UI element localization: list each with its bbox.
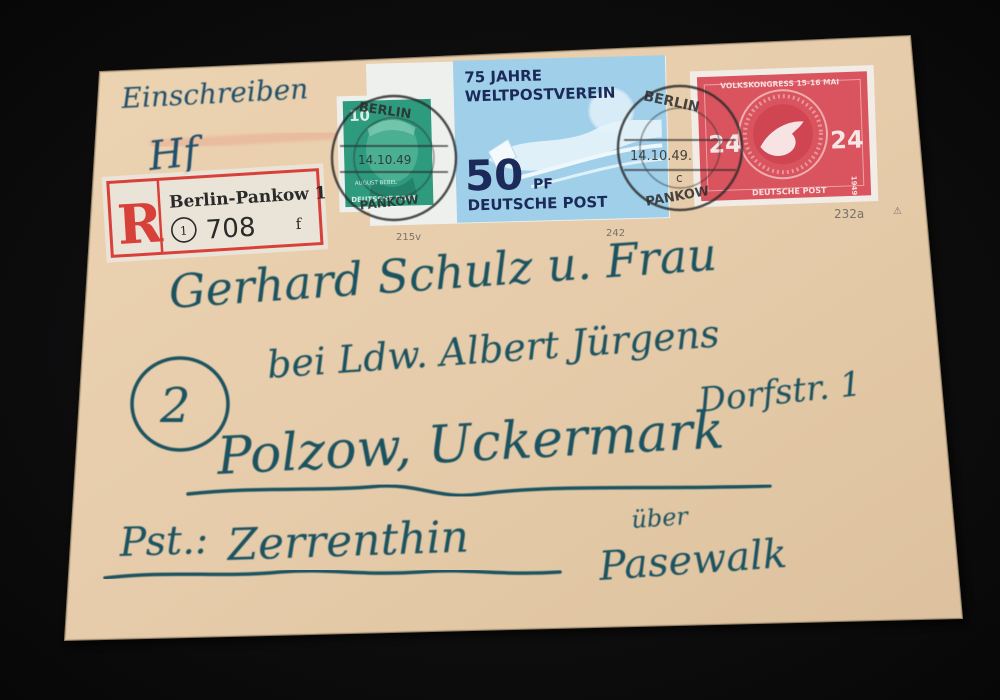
upu-stamp: 75 JAHRE WELTPOSTVEREIN 50 PF DEUTSCHE P… — [453, 55, 669, 222]
registration-label: R Berlin-Pankow 1 1 708 f — [101, 163, 330, 262]
upu-stamp-unit: PF — [533, 176, 553, 193]
upu-stamp-footer: DEUTSCHE POST — [467, 193, 608, 215]
address-line5-prefix: Pst.: — [118, 517, 209, 566]
congress-stamp-value-right: 24 — [830, 125, 864, 154]
upu-stamp-value: 50 — [464, 150, 524, 201]
address-line5-via: über — [630, 502, 690, 534]
registration-number: 708 — [205, 213, 256, 246]
pencil-mark-congress: ⚠ — [893, 206, 902, 217]
postmark-right-date: 14.10.49. — [630, 149, 692, 164]
congress-stamp-year: 1949 — [849, 176, 858, 196]
congress-stamp-value-left: 24 — [708, 130, 742, 159]
pencil-note-portrait: 215v — [396, 232, 421, 243]
address-line5-place: Zerrenthin — [225, 512, 470, 571]
registration-circle-number: 1 — [179, 224, 187, 238]
postmark-left-date: 14.10.49 — [358, 153, 411, 167]
district-number: 2 — [159, 378, 191, 434]
pencil-note-congress: 232a — [834, 207, 864, 221]
postal-cover-photo: Einschreiben Hf R Berlin-Pankow 1 1 708 … — [0, 0, 1000, 700]
postmark-right-letter: c — [676, 171, 683, 185]
registration-letter: R — [115, 190, 165, 257]
upu-stamp-line1: 75 JAHRE — [464, 66, 542, 86]
